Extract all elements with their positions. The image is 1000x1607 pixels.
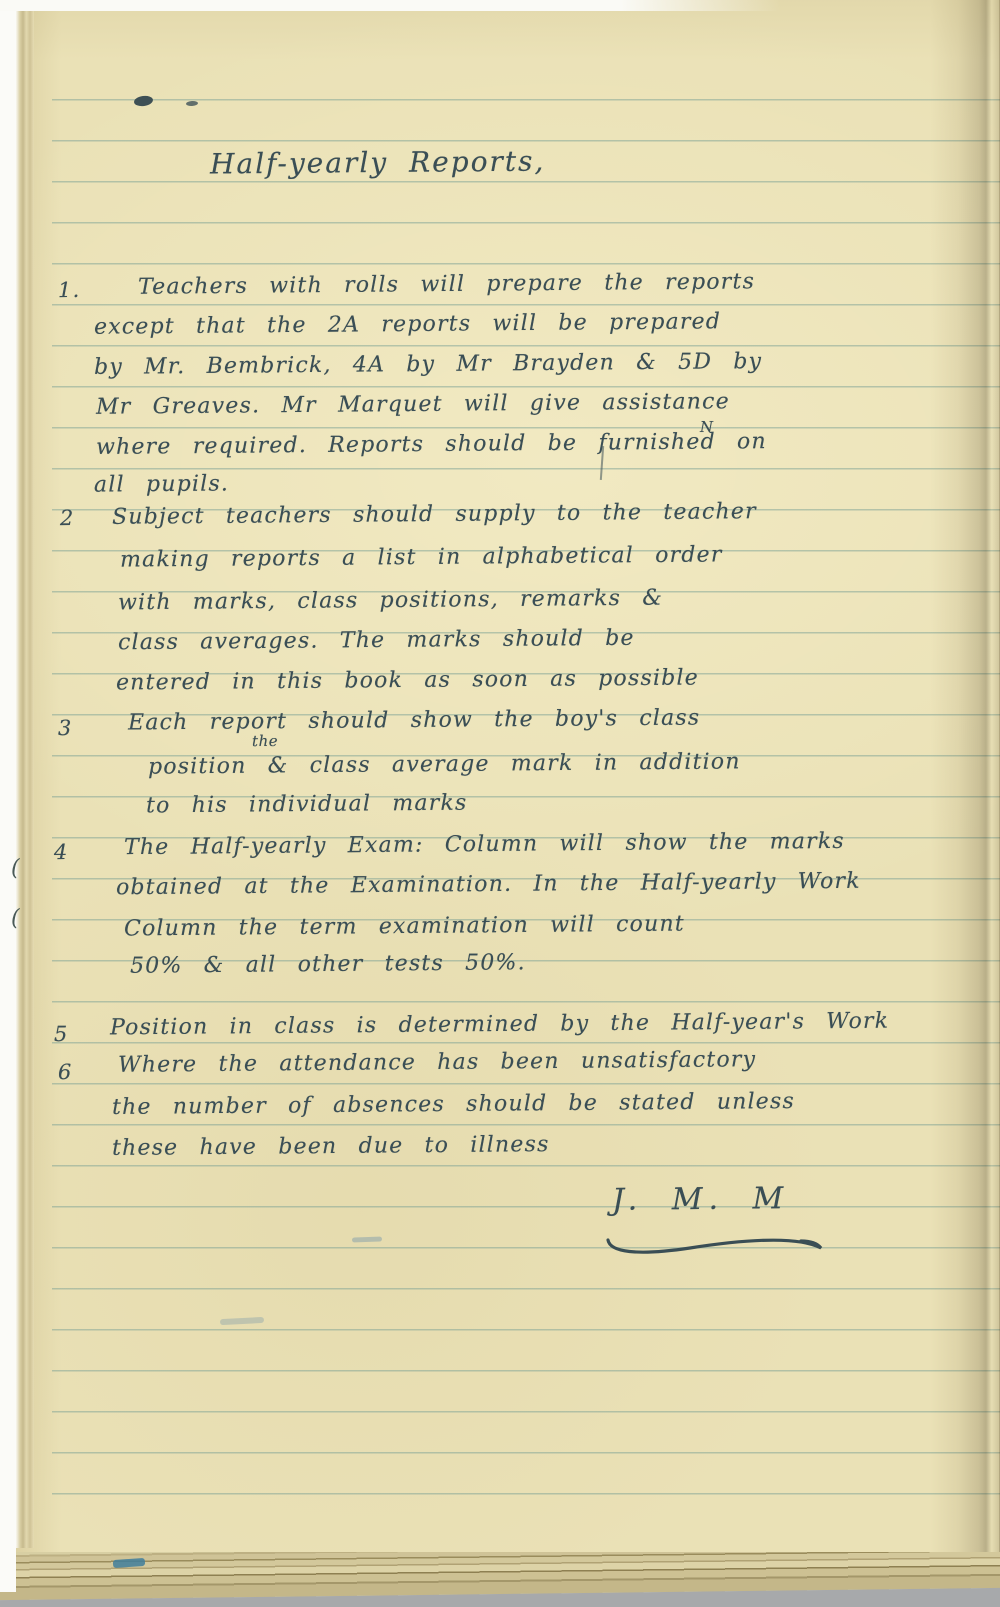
page-title: Half-yearly Reports, — [210, 145, 546, 181]
handwriting-line: Each report should show the boy's class — [128, 706, 701, 736]
item-number: 5 — [54, 1022, 69, 1046]
inserted-word: the — [252, 732, 278, 750]
handwriting-line: to his individual marks — [146, 791, 468, 819]
handwriting-line: 50% & all other tests 50%. — [130, 950, 526, 978]
handwriting-line: making reports a list in alphabetical or… — [120, 542, 723, 572]
signature: J. M. M — [612, 1181, 790, 1218]
signature-flourish — [602, 1228, 830, 1262]
handwriting-line: class averages. The marks should be — [118, 626, 635, 656]
ink-smudge — [352, 1236, 382, 1242]
handwriting-line: these have been due to illness — [112, 1132, 550, 1161]
handwriting-line: all pupils. — [94, 471, 229, 497]
margin-tick: ( — [11, 906, 20, 931]
scan-border-left — [0, 0, 16, 1592]
item-number: 1. — [58, 278, 81, 302]
page-stack-left-edge — [14, 6, 34, 1548]
spine-gutter-shadow — [930, 0, 1000, 1552]
handwriting-line: with marks, class positions, remarks & — [118, 586, 663, 616]
insertion-mark: N — [700, 418, 714, 436]
scan-border-top — [0, 0, 1000, 11]
margin-tick: ( — [11, 856, 20, 881]
handwriting-line: entered in this book as soon as possible — [116, 665, 699, 695]
scanned-notebook-page: ( ( Half-yearly Reports, 1. Teachers wit… — [0, 0, 1000, 1607]
handwriting-line: position & class average mark in additio… — [148, 749, 741, 779]
handwriting-line: Column the term examination will count — [124, 912, 685, 942]
item-number: 3 — [58, 716, 73, 740]
item-number: 2 — [60, 506, 75, 530]
item-number: 6 — [58, 1060, 73, 1084]
item-number: 4 — [54, 840, 69, 864]
